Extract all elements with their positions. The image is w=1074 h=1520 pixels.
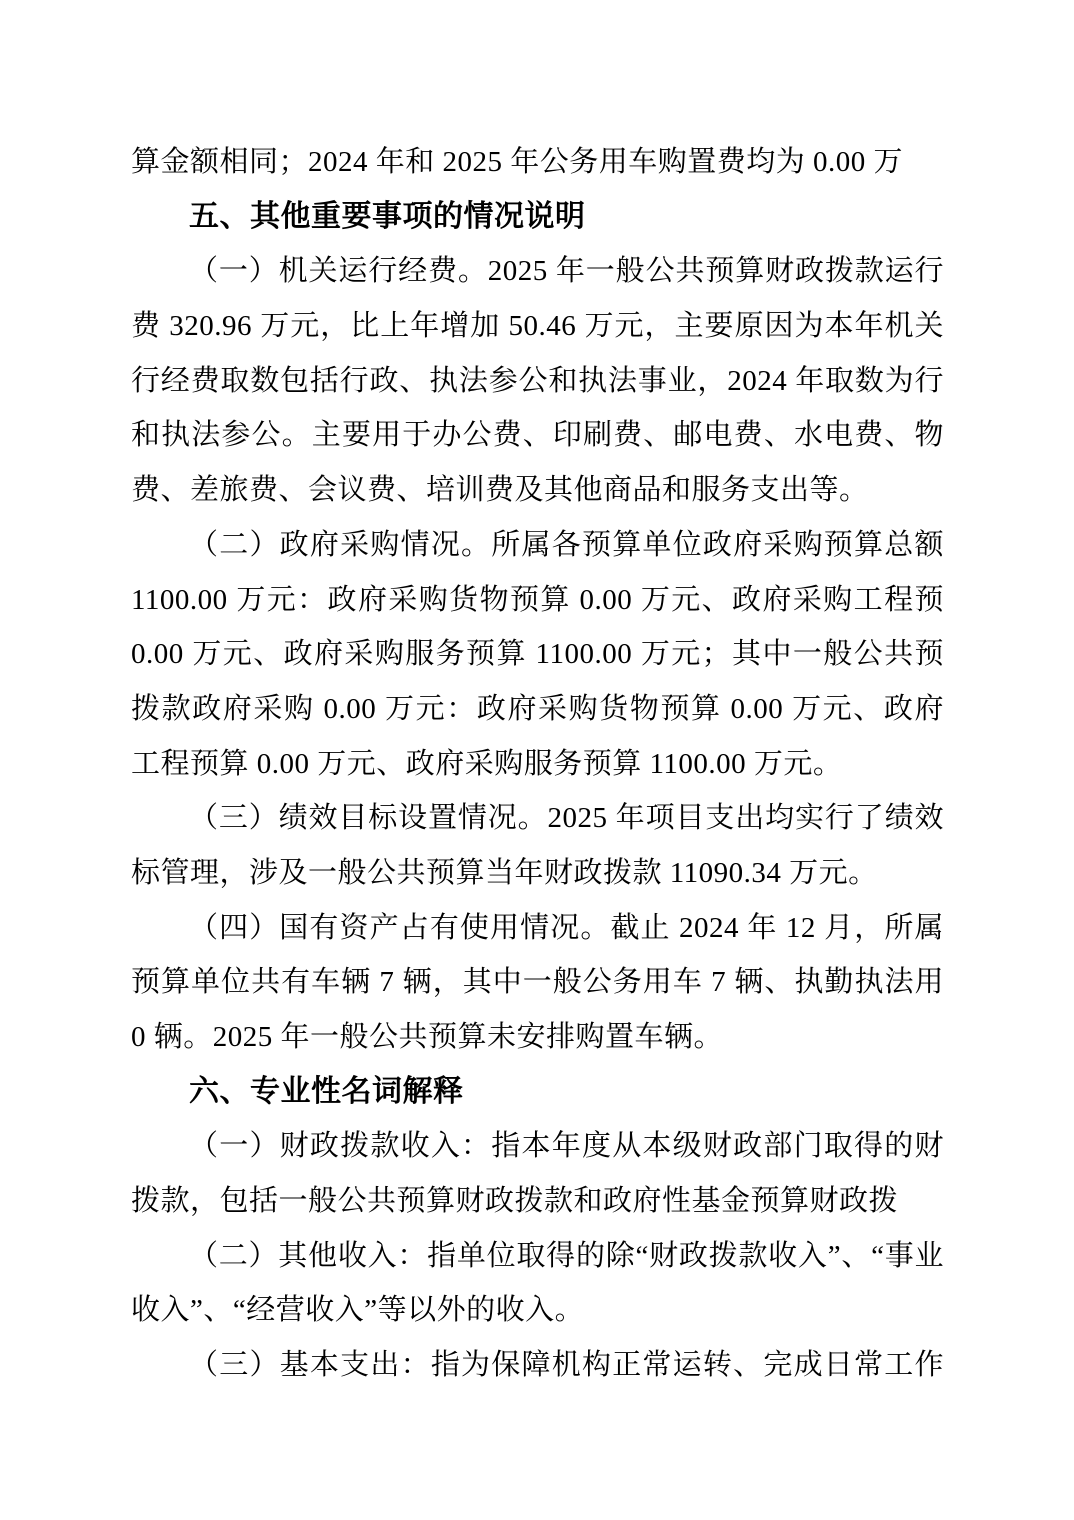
text-line: 费 320.96 万元，比上年增加 50.46 万元，主要原因为本年机关运: [131, 299, 944, 354]
text-line: 拨款政府采购 0.00 万元：政府采购货物预算 0.00 万元、政府采购: [131, 682, 944, 737]
text-line: 算金额相同；2024 年和 2025 年公务用车购置费均为 0.00 万元。: [131, 135, 944, 190]
document-page: 算金额相同；2024 年和 2025 年公务用车购置费均为 0.00 万元。五、…: [0, 0, 1074, 1520]
paragraph: （二）政府采购情况。所属各预算单位政府采购预算总额1100.00 万元：政府采购…: [131, 518, 944, 791]
text-line: 行经费取数包括行政、执法参公和执法事业，2024 年取数为行政: [131, 354, 944, 409]
paragraph: （三）基本支出：指为保障机构正常运转、完成日常工作任: [131, 1338, 944, 1393]
text-line: （三）绩效目标设置情况。2025 年项目支出均实行了绩效目: [131, 791, 944, 846]
section-heading: 六、专业性名词解释: [131, 1065, 944, 1120]
text-line: 工程预算 0.00 万元、政府采购服务预算 1100.00 万元。: [131, 737, 944, 792]
paragraph: （二）其他收入：指单位取得的除“财政拨款收入”、“事业收入”、“经营收入”等以外…: [131, 1229, 944, 1338]
text-line: （一）机关运行经费。2025 年一般公共预算财政拨款运行经: [131, 244, 944, 299]
paragraph: （四）国有资产占有使用情况。截止 2024 年 12 月，所属各预算单位共有车辆…: [131, 901, 944, 1065]
section-heading-block: 五、其他重要事项的情况说明: [131, 190, 944, 245]
paragraph: （三）绩效目标设置情况。2025 年项目支出均实行了绩效目标管理，涉及一般公共预…: [131, 791, 944, 900]
text-line: 1100.00 万元：政府采购货物预算 0.00 万元、政府采购工程预算: [131, 573, 944, 628]
text-line: （二）政府采购情况。所属各预算单位政府采购预算总额: [131, 518, 944, 573]
text-line: （二）其他收入：指单位取得的除“财政拨款收入”、“事业: [131, 1229, 944, 1284]
text-line: 费、差旅费、会议费、培训费及其他商品和服务支出等。: [131, 463, 944, 518]
section-heading: 五、其他重要事项的情况说明: [131, 190, 944, 245]
text-line: （一）财政拨款收入：指本年度从本级财政部门取得的财政: [131, 1119, 944, 1174]
text-line: 0 辆。2025 年一般公共预算未安排购置车辆。: [131, 1010, 944, 1065]
text-line: 收入”、“经营收入”等以外的收入。: [131, 1283, 944, 1338]
paragraph: 算金额相同；2024 年和 2025 年公务用车购置费均为 0.00 万元。: [131, 135, 944, 190]
section-heading-block: 六、专业性名词解释: [131, 1065, 944, 1120]
text-line: （四）国有资产占有使用情况。截止 2024 年 12 月，所属各: [131, 901, 944, 956]
text-line: 标管理，涉及一般公共预算当年财政拨款 11090.34 万元。: [131, 846, 944, 901]
text-line: 预算单位共有车辆 7 辆，其中一般公务用车 7 辆、执勤执法用车: [131, 955, 944, 1010]
paragraph: （一）机关运行经费。2025 年一般公共预算财政拨款运行经费 320.96 万元…: [131, 244, 944, 517]
text-line: 0.00 万元、政府采购服务预算 1100.00 万元；其中一般公共预算: [131, 627, 944, 682]
text-line: （三）基本支出：指为保障机构正常运转、完成日常工作任: [131, 1338, 944, 1393]
document-text: 算金额相同；2024 年和 2025 年公务用车购置费均为 0.00 万元。五、…: [131, 135, 944, 1393]
text-line: 拨款，包括一般公共预算财政拨款和政府性基金预算财政拨款。: [131, 1174, 944, 1229]
paragraph: （一）财政拨款收入：指本年度从本级财政部门取得的财政拨款，包括一般公共预算财政拨…: [131, 1119, 944, 1228]
text-line: 和执法参公。主要用于办公费、印刷费、邮电费、水电费、物管: [131, 408, 944, 463]
